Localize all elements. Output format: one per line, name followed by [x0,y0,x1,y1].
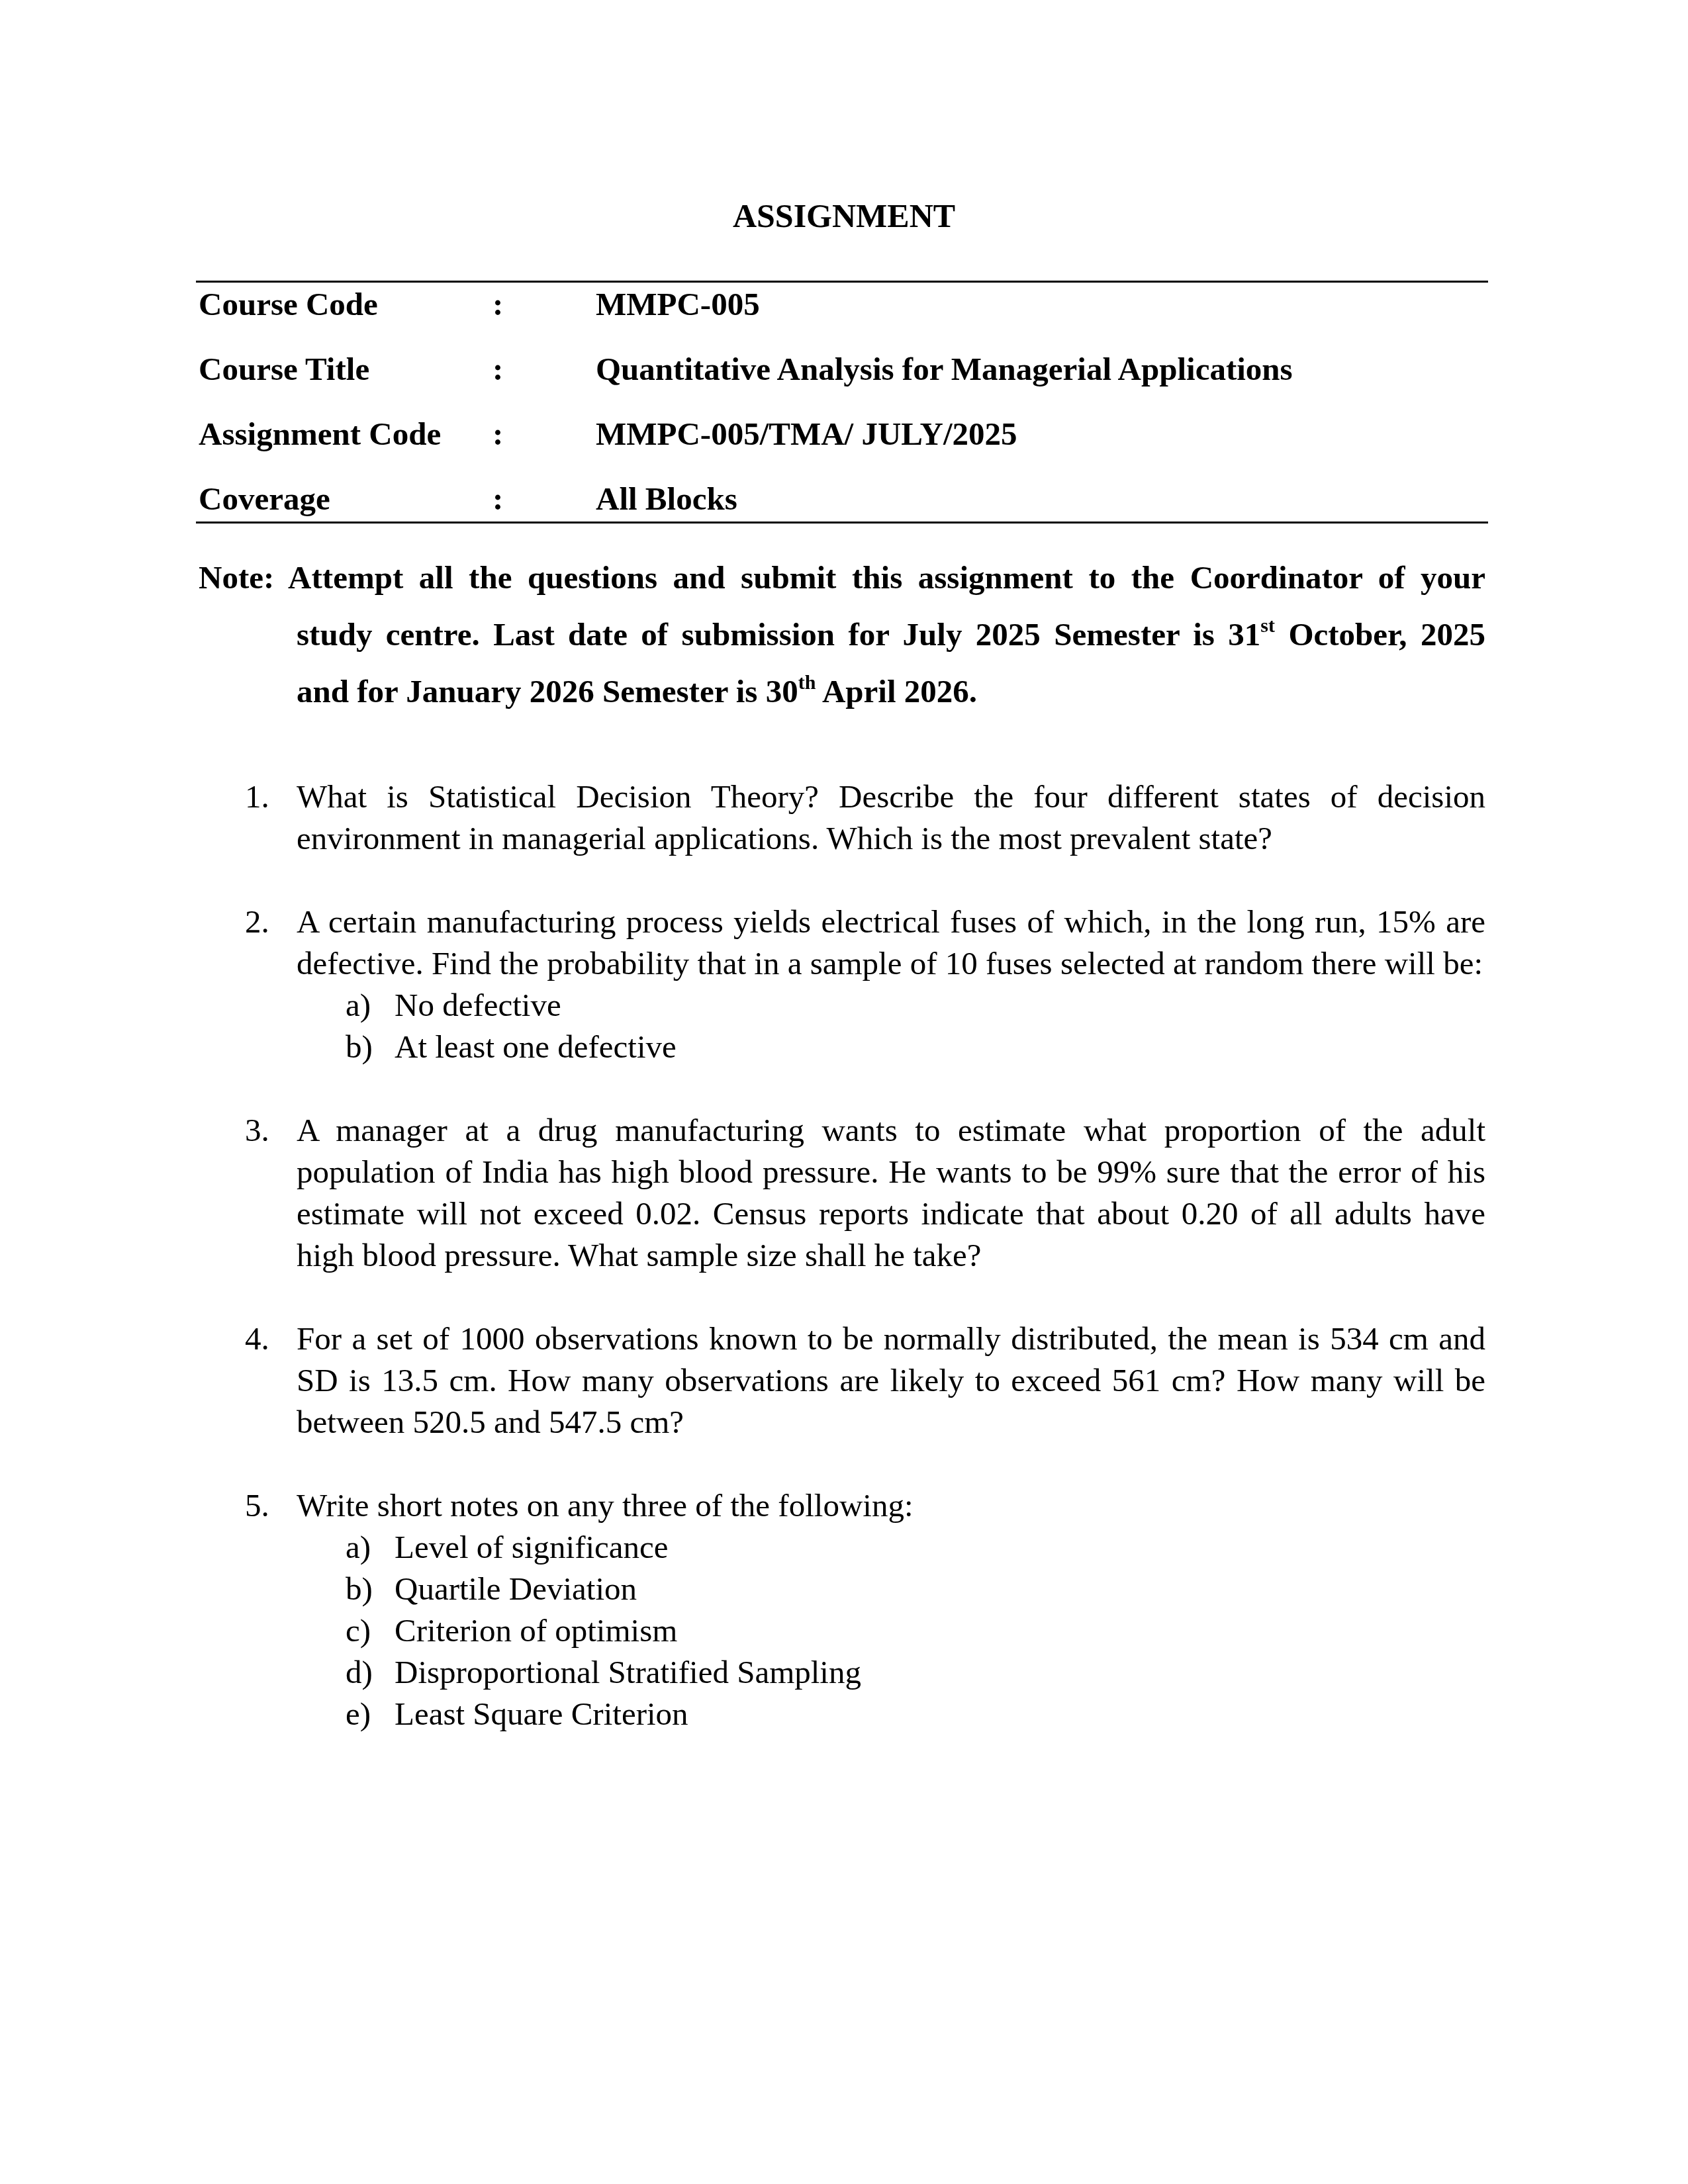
meta-row-coverage: Coverage : All Blocks [199,479,1483,519]
note-line-3: and for January 2026 Semester is 30th Ap… [199,663,1485,720]
sub-question-letter: e) [346,1693,371,1735]
sub-question-letter: a) [346,1526,371,1568]
meta-label: Coverage [199,479,330,519]
sub-question-text: Quartile Deviation [395,1570,637,1607]
sub-question-item: b)At least one defective [297,1026,1485,1068]
sub-question-item: e)Least Square Criterion [297,1693,1485,1735]
question-item: 2.A certain manufacturing process yields… [245,901,1485,1068]
meta-row-course-code: Course Code : MMPC-005 [199,285,1483,324]
question-number: 1. [245,776,269,817]
question-text: What is Statistical Decision Theory? Des… [297,776,1485,859]
question-item: 3.A manager at a drug manufacturing want… [245,1109,1485,1276]
question-number: 5. [245,1484,269,1526]
sub-question-item: a)Level of significance [297,1526,1485,1568]
sub-question-item: d)Disproportional Stratified Sampling [297,1651,1485,1693]
sub-question-letter: d) [346,1651,373,1693]
note-text: April 2026. [816,673,977,709]
meta-separator: : [492,349,503,389]
sub-question-letter: a) [346,984,371,1026]
question-text: A certain manufacturing process yields e… [297,901,1485,984]
ordinal-suffix: st [1260,615,1275,637]
note-text: study centre. Last date of submission fo… [297,616,1260,653]
sub-question-list: a)Level of significanceb)Quartile Deviat… [297,1526,1485,1735]
sub-question-letter: b) [346,1568,373,1610]
question-item: 1.What is Statistical Decision Theory? D… [245,776,1485,859]
meta-value: MMPC-005 [596,285,760,324]
sub-question-item: b)Quartile Deviation [297,1568,1485,1610]
ordinal-suffix: th [798,672,816,694]
meta-value: Quantitative Analysis for Managerial App… [596,349,1293,389]
header-bottom-rule [196,522,1488,523]
question-item: 5.Write short notes on any three of the … [245,1484,1485,1735]
note-text: October, 2025 [1275,616,1485,653]
note-text: and for January 2026 Semester is 30 [297,673,798,709]
question-list: 1.What is Statistical Decision Theory? D… [245,776,1485,1776]
question-number: 4. [245,1318,269,1359]
meta-row-course-title: Course Title : Quantitative Analysis for… [199,349,1483,389]
submission-note: Note: Attempt all the questions and subm… [199,549,1485,720]
sub-question-item: c)Criterion of optimism [297,1610,1485,1651]
meta-label: Course Code [199,285,378,324]
meta-row-assignment-code: Assignment Code : MMPC-005/TMA/ JULY/202… [199,414,1483,454]
meta-separator: : [492,285,503,324]
question-number: 2. [245,901,269,942]
meta-value: MMPC-005/TMA/ JULY/2025 [596,414,1017,454]
question-item: 4.For a set of 1000 observations known t… [245,1318,1485,1443]
document-title: ASSIGNMENT [0,196,1688,236]
sub-question-text: At least one defective [395,1028,677,1065]
meta-separator: : [492,479,503,519]
question-text: A manager at a drug manufacturing wants … [297,1109,1485,1276]
sub-question-text: Least Square Criterion [395,1696,688,1732]
sub-question-text: No defective [395,987,561,1023]
document-page: ASSIGNMENT Course Code : MMPC-005 Course… [0,0,1688,2184]
sub-question-letter: b) [346,1026,373,1068]
sub-question-text: Level of significance [395,1529,669,1565]
question-text: For a set of 1000 observations known to … [297,1318,1485,1443]
sub-question-item: a)No defective [297,984,1485,1026]
note-line-1: Note: Attempt all the questions and subm… [199,549,1485,606]
meta-value: All Blocks [596,479,737,519]
sub-question-letter: c) [346,1610,371,1651]
meta-label: Course Title [199,349,369,389]
sub-question-text: Disproportional Stratified Sampling [395,1654,861,1690]
sub-question-text: Criterion of optimism [395,1612,677,1649]
header-top-rule [196,281,1488,283]
meta-label: Assignment Code [199,414,441,454]
question-number: 3. [245,1109,269,1151]
note-line-2: study centre. Last date of submission fo… [199,606,1485,663]
sub-question-list: a)No defectiveb)At least one defective [297,984,1485,1068]
question-text: Write short notes on any three of the fo… [297,1484,1485,1526]
meta-separator: : [492,414,503,454]
